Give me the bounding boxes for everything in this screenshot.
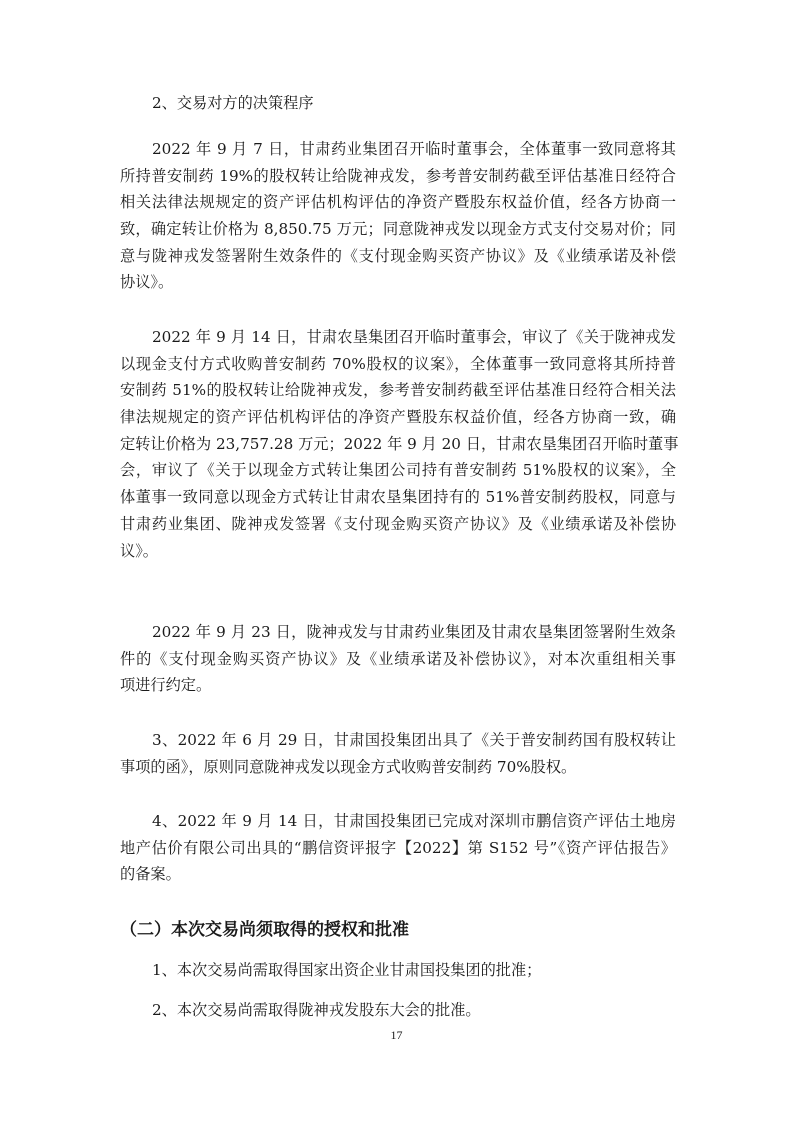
paragraph-line: 以现金支付方式收购普安制药 70%股权的议案》，全体董事一致同意将其所持普 [120, 351, 676, 378]
document-page: 2、交易对方的决策程序 2022 年 9 月 7 日，甘肃药业集团召开临时董事会… [0, 0, 793, 1122]
page-number: 17 [0, 1028, 793, 1043]
paragraph-line: 甘肃药业集团、陇神戎发签署《支付现金购买资产协议》及《业绩承诺及补偿协 [120, 511, 676, 538]
paragraph-line: 定转让价格为 23,757.28 万元；2022 年 9 月 20 日，甘肃农垦… [120, 431, 676, 458]
paragraph-item-3: 3、2022 年 6 月 29 日，甘肃国投集团出具了《关于普安制药国有股权转让… [120, 727, 676, 780]
paragraph-agreement-signing: 2022 年 9 月 23 日，陇神戎发与甘肃药业集团及甘肃农垦集团签署附生效条… [120, 619, 676, 699]
section-item-title: 2、交易对方的决策程序 [152, 91, 314, 115]
paragraph-line: 体董事一致同意以现金方式转让甘肃农垦集团持有的 51%普安制药股权，同意与 [120, 484, 676, 511]
paragraph-line: 安制药 51%的股权转让给陇神戎发，参考普安制药截至评估基准日经符合相关法 [120, 377, 676, 404]
approval-item: 2、本次交易尚需取得陇神戎发股东大会的批准。 [152, 998, 481, 1022]
paragraph-gansu-nongken-board: 2022 年 9 月 14 日，甘肃农垦集团召开临时董事会，审议了《关于陇神戎发… [120, 324, 676, 564]
paragraph-line: 件的《支付现金购买资产协议》及《业绩承诺及补偿协议》，对本次重组相关事 [120, 646, 676, 673]
paragraph-line: 协议》。 [120, 269, 676, 296]
paragraph-line: 会，审议了《关于以现金方式转让集团公司持有普安制药 51%股权的议案》，全 [120, 457, 676, 484]
paragraph-line: 议》。 [120, 538, 676, 565]
paragraph-line: 2022 年 9 月 23 日，陇神戎发与甘肃药业集团及甘肃农垦集团签署附生效条 [120, 619, 676, 646]
section-heading: （二）本次交易尚须取得的授权和批准 [120, 918, 409, 942]
paragraph-line: 所持普安制药 19%的股权转让给陇神戎发，参考普安制药截至评估基准日经符合 [120, 163, 676, 190]
paragraph-item-4: 4、2022 年 9 月 14 日，甘肃国投集团已完成对深圳市鹏信资产评估土地房… [120, 808, 676, 888]
paragraph-line: 的备案。 [120, 861, 676, 888]
paragraph-line: 意与陇神戎发签署附生效条件的《支付现金购买资产协议》及《业绩承诺及补偿 [120, 243, 676, 270]
approval-item: 1、本次交易尚需取得国家出资企业甘肃国投集团的批准； [152, 958, 541, 982]
paragraph-line: 律法规规定的资产评估机构评估的净资产暨股东权益价值，经各方协商一致，确 [120, 404, 676, 431]
paragraph-line: 4、2022 年 9 月 14 日，甘肃国投集团已完成对深圳市鹏信资产评估土地房 [120, 808, 676, 835]
paragraph-line: 事项的函》，原则同意陇神戎发以现金方式收购普安制药 70%股权。 [120, 754, 676, 781]
paragraph-line: 2022 年 9 月 14 日，甘肃农垦集团召开临时董事会，审议了《关于陇神戎发 [120, 324, 676, 351]
paragraph-gansu-pharma-board: 2022 年 9 月 7 日，甘肃药业集团召开临时董事会，全体董事一致同意将其 … [120, 136, 676, 296]
paragraph-line: 2022 年 9 月 7 日，甘肃药业集团召开临时董事会，全体董事一致同意将其 [120, 136, 676, 163]
paragraph-line: 地产估价有限公司出具的“鹏信资评报字【2022】第 S152 号”《资产评估报告… [120, 835, 676, 862]
paragraph-line: 相关法律法规规定的资产评估机构评估的净资产暨股东权益价值，经各方协商一 [120, 189, 676, 216]
paragraph-line: 致，确定转让价格为 8,850.75 万元；同意陇神戎发以现金方式支付交易对价；… [120, 216, 676, 243]
paragraph-line: 3、2022 年 6 月 29 日，甘肃国投集团出具了《关于普安制药国有股权转让 [120, 727, 676, 754]
paragraph-line: 项进行约定。 [120, 672, 676, 699]
